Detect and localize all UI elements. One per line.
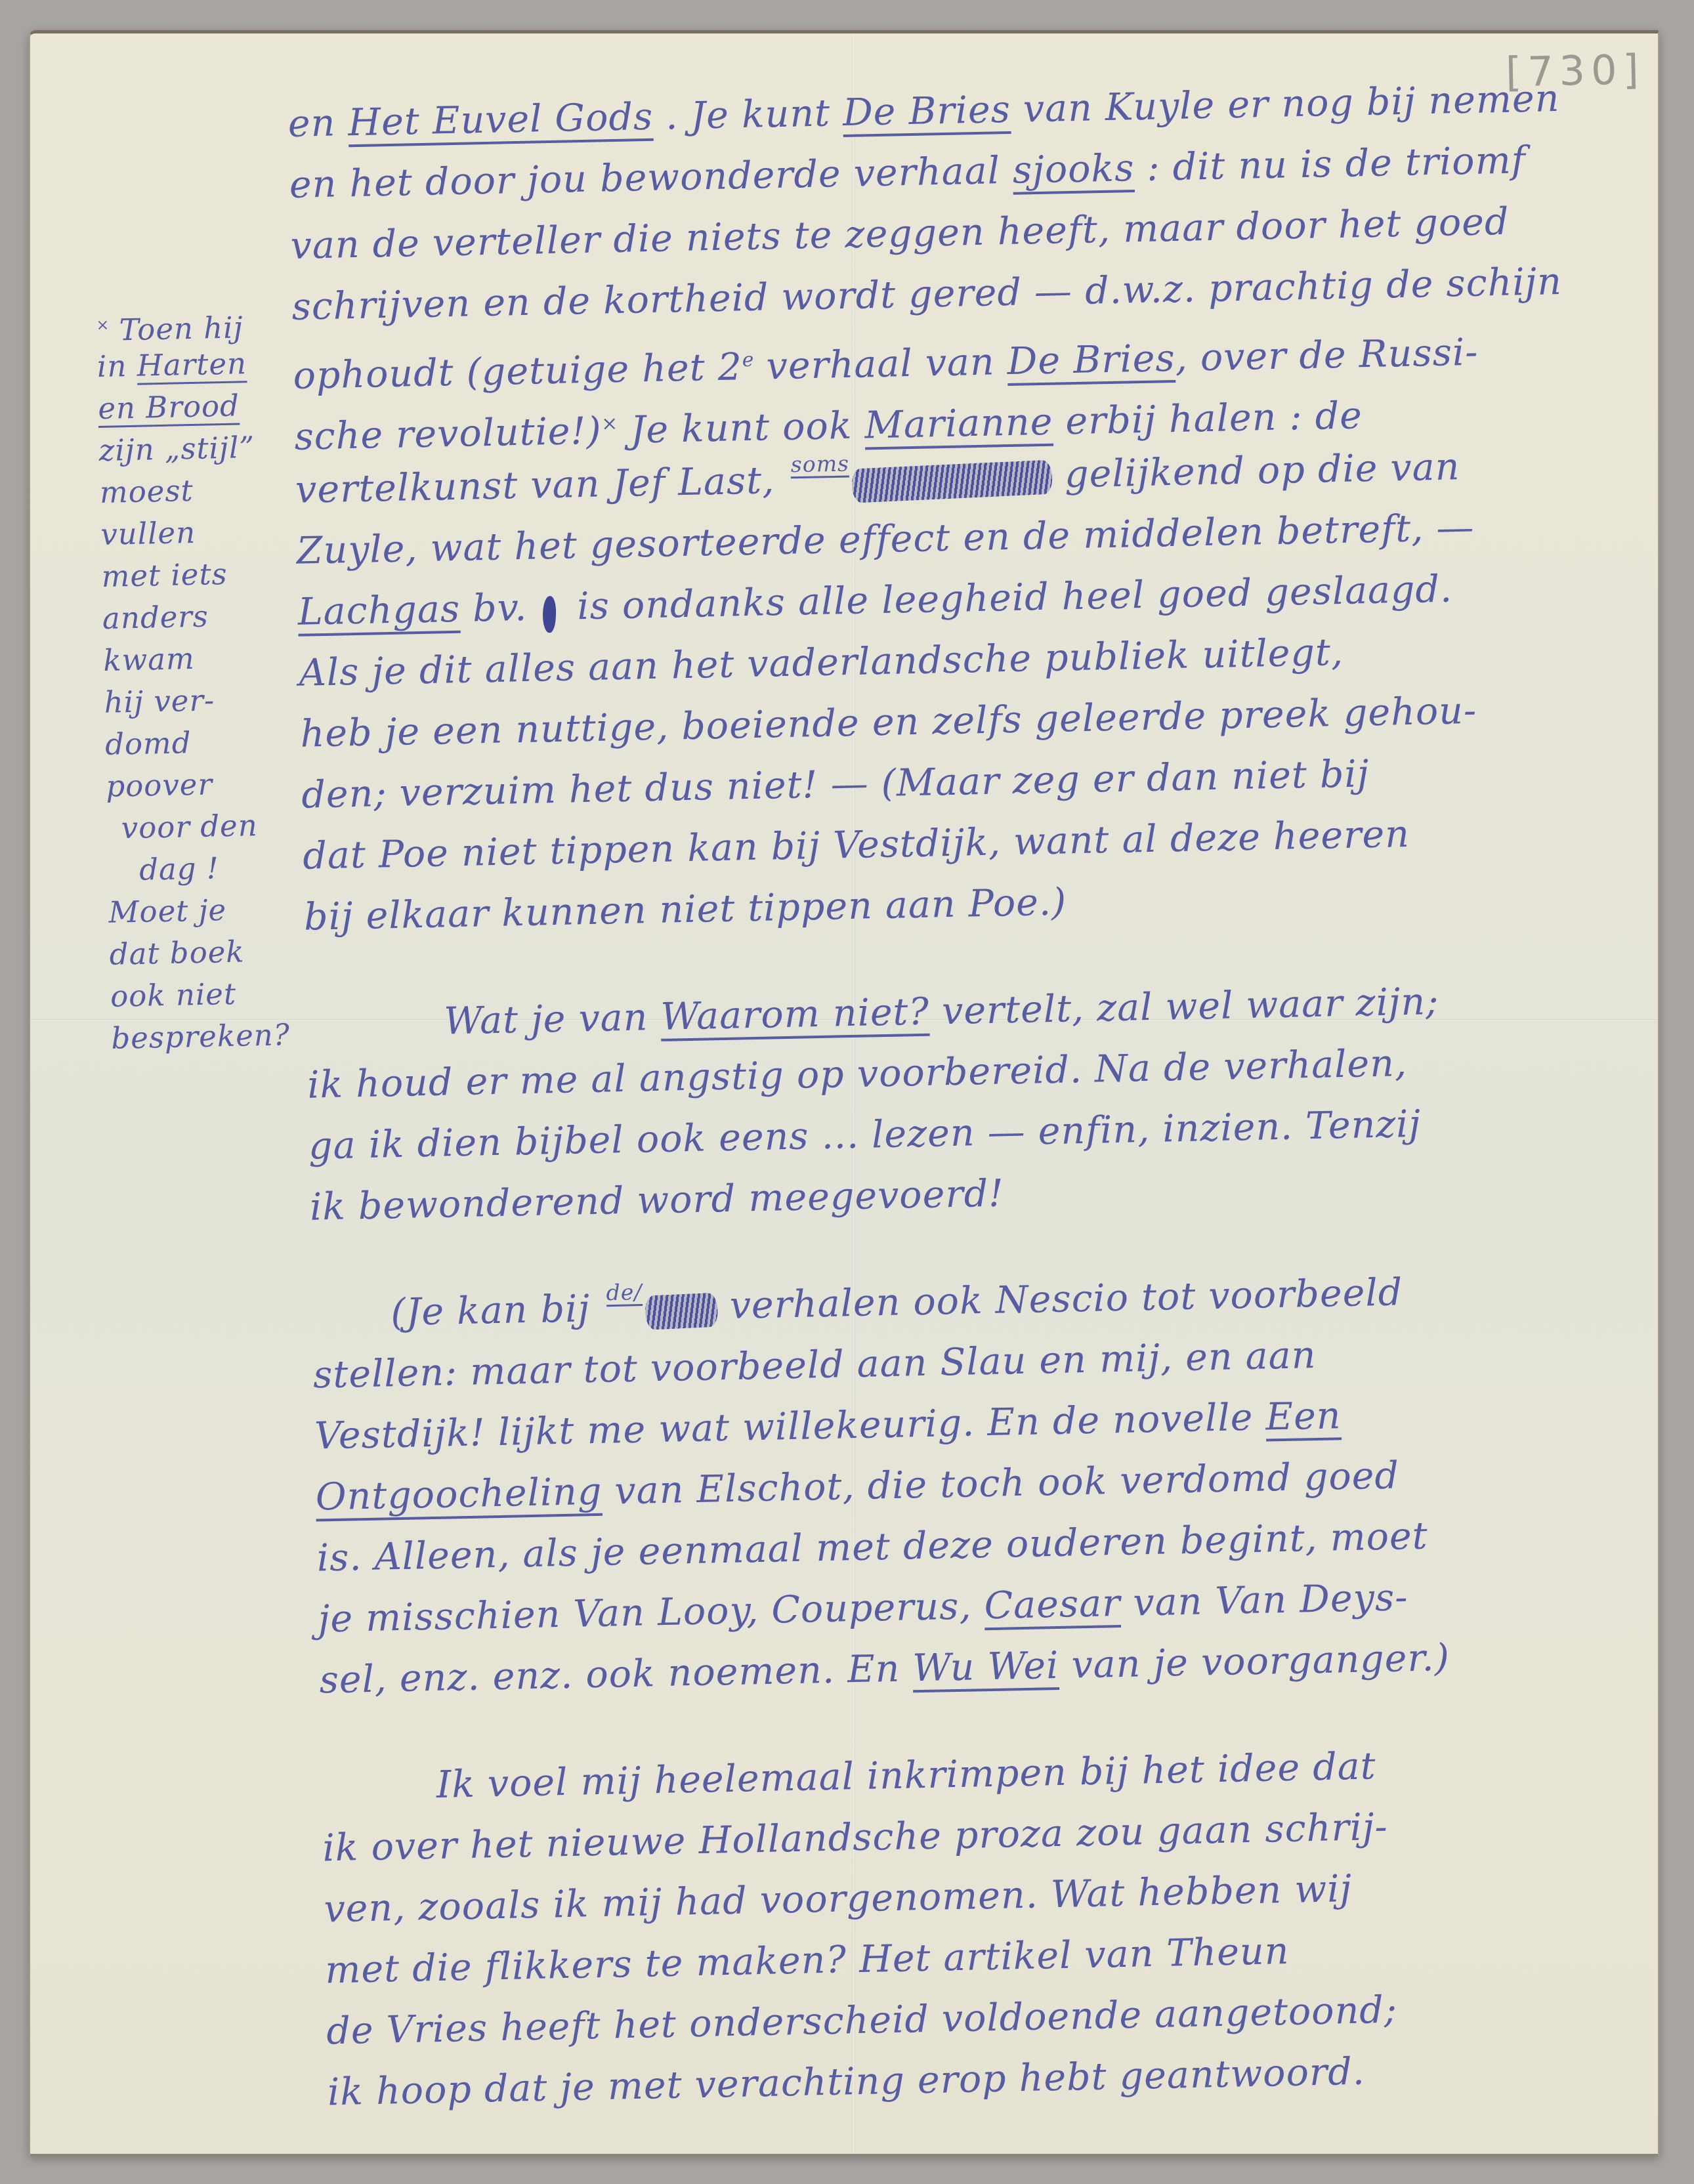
text-segment: met die flikkers te maken? Het artikel v… [325, 1929, 1290, 1992]
text-segment: kwam [103, 641, 195, 678]
letter-page: [730] × Toen hijin Hartenen Broodzijn „s… [29, 30, 1659, 2156]
text-segment: vullen [100, 515, 196, 552]
text-segment: , over de Russi- [1175, 331, 1479, 380]
letter-body-text: en Het Euvel Gods . Je kunt De Bries van… [287, 67, 1661, 2123]
text-segment: van Van Deys- [1120, 1576, 1408, 1625]
handwritten-line: en Brood [98, 383, 325, 430]
superscript-mark: × [601, 411, 618, 434]
text-segment: Vestdijk! lijkt me wat willekeurig. En d… [314, 1396, 1266, 1458]
text-segment: bij elkaar kunnen niet tippen aan Poe.) [304, 880, 1067, 938]
underlined-text: Lachgas [297, 587, 460, 634]
paragraph: en Het Euvel Gods . Je kunt De Bries van… [287, 67, 1637, 948]
text-segment: Moet je [108, 892, 227, 930]
handwritten-line: Moet je [108, 887, 335, 934]
handwritten-line: domd [104, 719, 331, 766]
text-segment: vertelt, zal wel waar zijn; [929, 980, 1439, 1034]
paragraph: (Je kan bij de/me verhalen ook Nescio to… [311, 1257, 1652, 1711]
text-segment: ophoudt (getuige het 2 [293, 345, 743, 398]
text-segment: Als je dit alles aan het vaderlandsche p… [299, 631, 1344, 695]
handwritten-line: met iets [101, 551, 328, 598]
text-segment: dat boek [109, 934, 245, 971]
text-segment: bv. [459, 585, 540, 630]
handwritten-line: hij ver- [104, 677, 331, 724]
underlined-text: Wu Wei [912, 1644, 1059, 1690]
underlined-text: sjooks [1012, 146, 1135, 192]
text-segment: bespreken? [111, 1017, 291, 1056]
text-segment: ik bewonderend word meegevoerd! [309, 1171, 1004, 1228]
handwritten-line: vullen [100, 509, 328, 556]
text-segment: verhaal van [753, 340, 1008, 388]
text-segment: den; verzuim het dus niet! — (Maar zeg e… [301, 752, 1370, 817]
text-segment: dag ! [139, 850, 220, 887]
underlined-text: De Bries [842, 88, 1011, 135]
underlined-text: Harten [137, 346, 247, 383]
text-segment: stellen: maar tot voorbeeld aan Slau en … [313, 1333, 1317, 1397]
superscript-mark: e [742, 348, 753, 371]
text-segment: gelijkend op die van [1051, 445, 1460, 496]
paragraph: Wat je van Waarom niet? vertelt, zal wel… [306, 967, 1643, 1238]
text-segment: Ik voel mij heelemaal inkrimpen bij het … [436, 1744, 1376, 1807]
handwritten-line: anders [102, 593, 329, 640]
scan-background: { "page_label": "[730]", "colors": { "ba… [0, 0, 1694, 2184]
text-segment: in [96, 348, 137, 384]
text-segment: sel, enz. enz. ook noemen. En [319, 1647, 913, 1702]
text-segment: en [287, 101, 349, 146]
text-segment: erbij halen : de [1053, 394, 1363, 443]
text-segment: : dit nu is de triomf [1134, 138, 1527, 190]
text-segment: van Elschot, die toch ook verdomd goed [602, 1454, 1400, 1513]
underlined-text: en Brood [98, 388, 240, 426]
text-segment: Toen hij [109, 310, 244, 347]
text-segment: voor den [121, 808, 258, 845]
text-segment: met iets [101, 556, 228, 594]
handwritten-line: bespreken? [111, 1013, 338, 1060]
handwritten-line: moest [99, 467, 326, 514]
handwritten-line: dat boek [109, 929, 336, 976]
text-segment: zijn „stijl” [98, 430, 255, 468]
text-segment: en het door jou bewonderde verhaal [289, 149, 1013, 207]
underlined-text: Caesar [984, 1582, 1121, 1627]
text-segment: sche revolutie!) [294, 409, 602, 459]
text-segment: dat Poe niet tippen kan bij Vestdijk, wa… [303, 812, 1410, 878]
text-segment: hij ver- [104, 682, 215, 720]
text-segment: ook niet [110, 976, 237, 1014]
text-segment: poover [106, 766, 213, 803]
text-segment: moest [99, 473, 194, 510]
underlined-text: Waarom niet? [660, 990, 930, 1039]
handwritten-line: poover [106, 761, 333, 808]
text-segment: anders [102, 599, 209, 636]
underlined-text: Ontgoocheling [315, 1470, 603, 1519]
text-segment: ik hoop dat je met verachting erop hebt … [327, 2050, 1365, 2114]
text-segment: ven, zooals ik mij had voorgenomen. Wat … [324, 1867, 1353, 1931]
handwritten-line: voor den [106, 803, 333, 850]
scratched-word: mmsmaal [851, 460, 1053, 503]
inserted-word: soms [790, 453, 849, 479]
underlined-text: De Bries [1007, 337, 1175, 383]
handwritten-line: kwam [103, 635, 330, 682]
text-segment: Wat je van [444, 996, 661, 1043]
text-segment: je misschien Van Looy, Couperus, [318, 1584, 985, 1641]
underlined-text: Een [1265, 1394, 1342, 1438]
text-segment: vertelkunst van Jef Last, [295, 459, 788, 512]
paragraph: Ik voel mij heelemaal inkrimpen bij het … [321, 1731, 1661, 2124]
scratched-word: me [645, 1293, 718, 1330]
text-segment: is ondanks alle leegheid heel goed gesla… [564, 568, 1453, 629]
text-segment: ik over het nieuwe Hollandsche proza zou… [322, 1805, 1388, 1870]
text-segment: (Je kan bij [391, 1287, 603, 1334]
inserted-word: de/ [606, 1281, 643, 1307]
handwritten-line: dag ! [107, 845, 334, 892]
underlined-text: Marianne [864, 400, 1053, 448]
text-segment: Je kunt ook [618, 404, 865, 452]
ink-blot [541, 596, 557, 633]
handwritten-line: ook niet [110, 971, 337, 1018]
text-segment: verhalen ook Nescio tot voorbeeld [717, 1270, 1403, 1328]
text-segment: van je voorganger.) [1059, 1636, 1450, 1687]
text-segment: ga ik dien bijbel ook eens ... lezen — e… [308, 1102, 1422, 1168]
text-segment: . Je kunt [652, 91, 843, 138]
text-segment: domd [105, 725, 192, 762]
handwritten-line: in Harten [96, 341, 324, 388]
superscript-mark: × [96, 316, 109, 334]
text-segment: van Kuyle er nog bij nemen [1010, 77, 1560, 131]
handwritten-line: × Toen hij [96, 299, 323, 346]
handwritten-line: zijn „stijl” [98, 425, 326, 472]
underlined-text: Het Euvel Gods [348, 95, 654, 144]
